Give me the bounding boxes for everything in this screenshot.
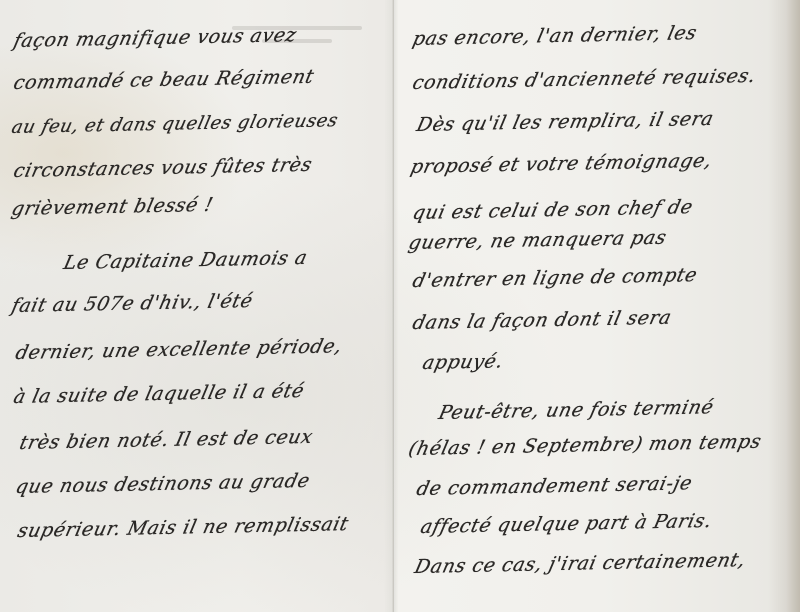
handwritten-line: que nous destinons au grade (13, 470, 312, 498)
handwritten-line: à la suite de laquelle il a été (11, 380, 306, 408)
handwritten-line: appuyé. (420, 350, 505, 374)
handwritten-line: de commandement serai-je (414, 472, 694, 500)
paper-edge-shadow (786, 0, 800, 612)
letter-scan: façon magnifique vous avez commandé ce b… (0, 0, 800, 612)
handwritten-line: affecté quelque part à Paris. (418, 510, 714, 538)
left-page: façon magnifique vous avez commandé ce b… (0, 0, 392, 612)
handwritten-line: Le Capitaine Daumois a (61, 247, 309, 274)
handwritten-line: au feu, et dans quelles glorieuses (10, 110, 341, 138)
handwritten-line: façon magnifique vous avez (11, 24, 298, 52)
handwritten-line: proposé et votre témoignage, (408, 150, 714, 178)
handwritten-line: Dans ce cas, j'irai certainement, (412, 549, 747, 578)
handwritten-line: (hélas ! en Septembre) mon temps (406, 431, 763, 460)
handwritten-line: circonstances vous fûtes très (11, 154, 314, 182)
handwritten-line: dernier, une excellente période, (13, 335, 344, 364)
handwritten-line: guerre, ne manquera pas (406, 227, 668, 255)
handwritten-line: conditions d'ancienneté requises. (410, 65, 758, 94)
handwritten-line: grièvement blessé ! (9, 194, 215, 220)
handwritten-line: Peut-être, une fois terminé (436, 396, 716, 424)
handwritten-line: qui est celui de son chef de (410, 196, 695, 224)
handwritten-line: supérieur. Mais il ne remplissait (15, 513, 350, 542)
handwritten-line: dans la façon dont il sera (410, 307, 673, 335)
handwritten-line: fait au 507e d'hiv., l'été (9, 290, 255, 317)
handwritten-line: d'entrer en ligne de compte (410, 264, 699, 292)
right-page: pas encore, l'an dernier, les conditions… (395, 0, 790, 612)
handwritten-line: pas encore, l'an dernier, les (410, 22, 699, 50)
handwritten-line: très bien noté. Il est de ceux (17, 426, 315, 454)
handwritten-line: commandé ce beau Régiment (11, 66, 316, 94)
handwritten-line: Dès qu'il les remplira, il sera (414, 108, 716, 136)
